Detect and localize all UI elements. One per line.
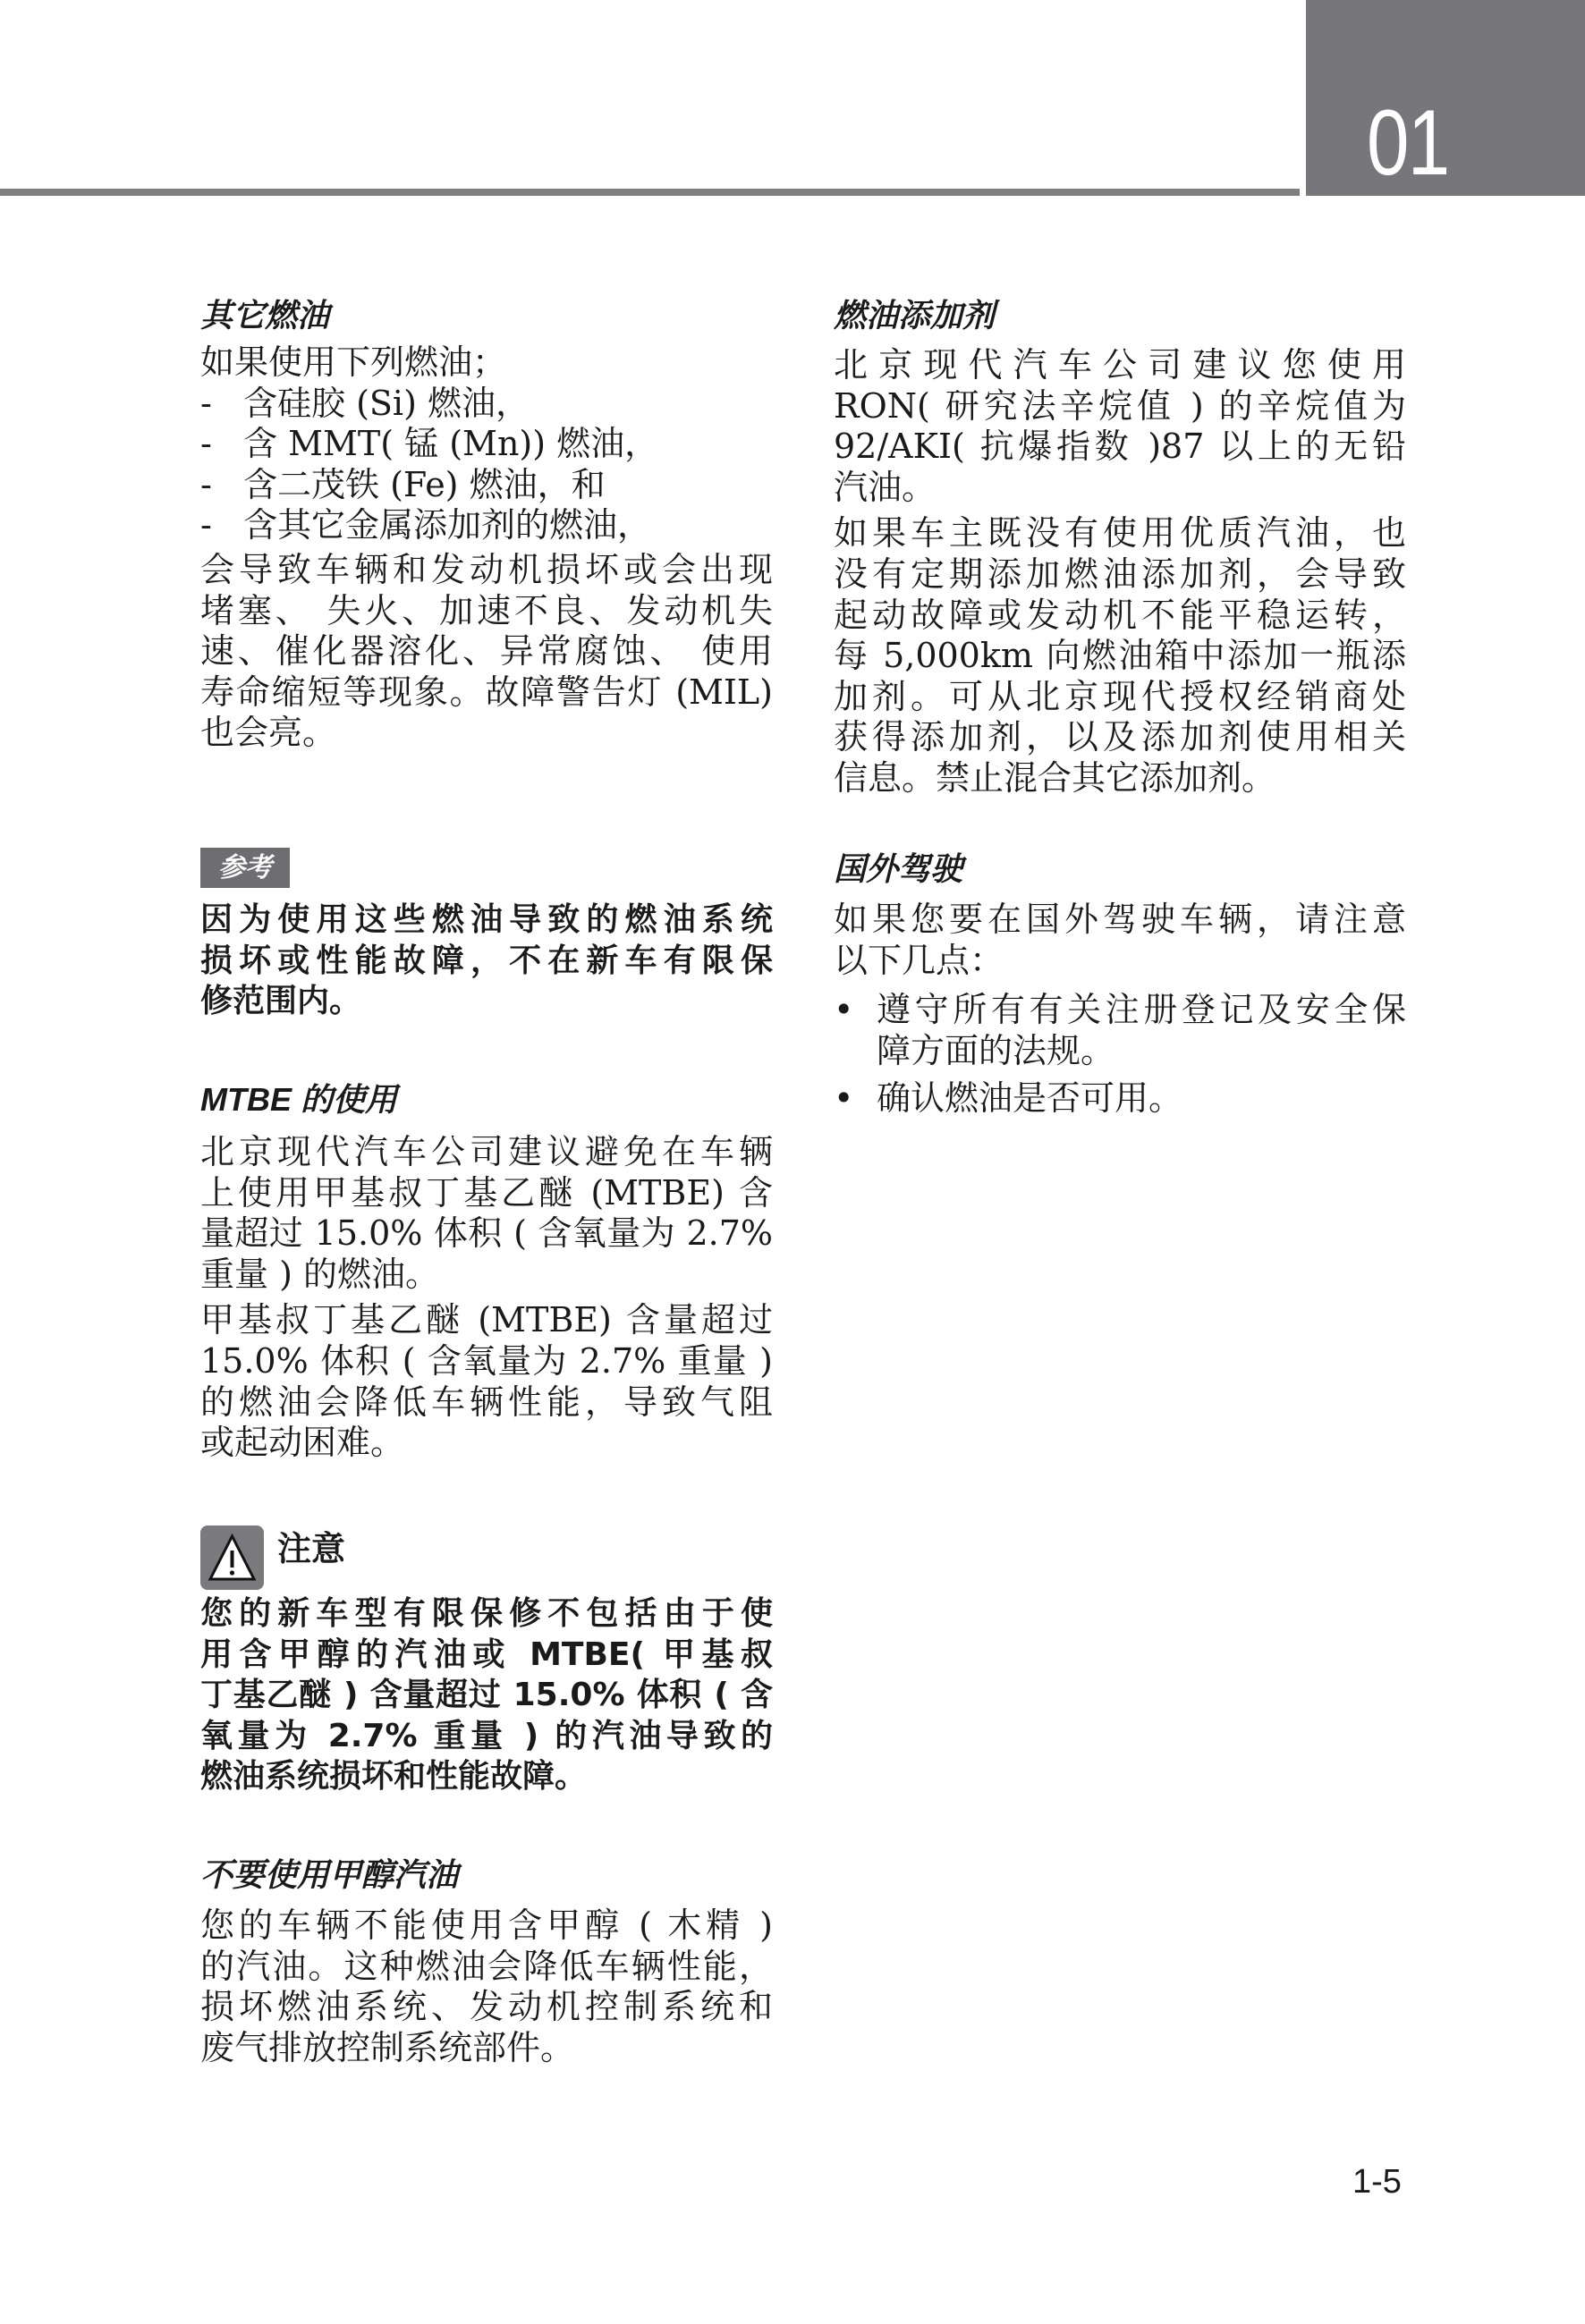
list-item-text: 含二茂铁 (Fe) 燃油，和 <box>243 465 606 506</box>
heading-other-fuel: 其它燃油 <box>200 298 329 334</box>
paragraph-line: 汽油。 <box>834 468 1406 509</box>
list-item-text: 含硅胶 (Si) 燃油， <box>243 384 530 425</box>
paragraph-line: 起动故障或发动机不能平稳运转， <box>834 596 1406 637</box>
heading-no-methanol: 不要使用甲醇汽油 <box>200 1857 458 1893</box>
dash-marker: - <box>200 465 243 506</box>
paragraph-line: 15.0% 体积 ( 含氧量为 2.7% 重量 ) <box>200 1341 773 1382</box>
right-column: 燃油添加剂 北京现代汽车公司建议您使用 RON( 研究法辛烷值 ) 的辛烷值为 … <box>834 0 1406 2324</box>
paragraph-line: 获得添加剂，以及添加剂使用相关 <box>834 717 1406 758</box>
paragraph-line: 会导致车辆和发动机损坏或会出现 <box>200 550 773 591</box>
methanol-body: 您的车辆不能使用含甲醇 ( 木精 ) 的汽油。这种燃油会降低车辆性能， 损坏燃油… <box>200 1906 773 2068</box>
note-line: 修范围内。 <box>200 981 773 1022</box>
list-item-text: 含 MMT( 锰 (Mn)) 燃油， <box>243 424 658 465</box>
paragraph-line: 重量 ) 的燃油。 <box>200 1255 773 1296</box>
paragraph-line: 损坏燃油系统、发动机控制系统和 <box>200 1987 773 2028</box>
bullet-item: • 确认燃油是否可用。 <box>834 1078 1406 1120</box>
bullet-line: 障方面的法规。 <box>877 1031 1406 1072</box>
other-fuel-intro: 如果使用下列燃油； <box>200 342 773 384</box>
paragraph-line: 信息。禁止混合其它添加剂。 <box>834 758 1406 799</box>
bullet-item: • 遵守所有有关注册登记及安全保 障方面的法规。 <box>834 990 1406 1071</box>
paragraph-line: 甲基叔丁基乙醚 (MTBE) 含量超过 <box>200 1300 773 1341</box>
paragraph-line: 如果车主既没有使用优质汽油，也 <box>834 513 1406 554</box>
list-item: -含其它金属添加剂的燃油， <box>200 505 773 546</box>
note-badge: 参考 <box>200 848 290 888</box>
additive-body: 北京现代汽车公司建议您使用 RON( 研究法辛烷值 ) 的辛烷值为 92/AKI… <box>834 345 1406 799</box>
list-item: -含硅胶 (Si) 燃油， <box>200 384 773 425</box>
note-text: 因为使用这些燃油导致的燃油系统 损坏或性能故障，不在新车有限保 修范围内。 <box>200 900 773 1022</box>
caution-title: 注意 <box>277 1529 345 1568</box>
caution-text: 您的新车型有限保修不包括由于使 用含甲醇的汽油或 MTBE( 甲基叔 丁基乙醚 … <box>200 1593 773 1797</box>
paragraph-line: RON( 研究法辛烷值 ) 的辛烷值为 <box>834 386 1406 427</box>
paragraph-line: 速、催化器溶化、异常腐蚀、 使用 <box>200 631 773 672</box>
note-line: 因为使用这些燃油导致的燃油系统 <box>200 900 773 941</box>
abroad-body: 如果您要在国外驾驶车辆，请注意 以下几点： • 遵守所有有关注册登记及安全保 障… <box>834 900 1406 1120</box>
paragraph-line: 寿命缩短等现象。故障警告灯 (MIL) <box>200 672 773 714</box>
left-column: 其它燃油 如果使用下列燃油； -含硅胶 (Si) 燃油， -含 MMT( 锰 (… <box>200 0 773 2324</box>
paragraph-line: 也会亮。 <box>200 713 773 754</box>
other-fuel-body: 如果使用下列燃油； -含硅胶 (Si) 燃油， -含 MMT( 锰 (Mn)) … <box>200 342 773 754</box>
list-item: -含 MMT( 锰 (Mn)) 燃油， <box>200 424 773 465</box>
paragraph-line: 您的车辆不能使用含甲醇 ( 木精 ) <box>200 1906 773 1947</box>
paragraph-line: 92/AKI( 抗爆指数 )87 以上的无铅 <box>834 427 1406 468</box>
dash-marker: - <box>200 384 243 425</box>
paragraph-line: 或起动困难。 <box>200 1423 773 1464</box>
mtbe-body: 北京现代汽车公司建议避免在车辆 上使用甲基叔丁基乙醚 (MTBE) 含 量超过 … <box>200 1132 773 1464</box>
bullet-marker: • <box>834 1078 877 1120</box>
list-item: -含二茂铁 (Fe) 燃油，和 <box>200 465 773 506</box>
list-item-text: 含其它金属添加剂的燃油， <box>243 505 651 546</box>
bullet-line: 确认燃油是否可用。 <box>877 1078 1182 1120</box>
warning-triangle-icon <box>200 1525 264 1590</box>
page-number: 1-5 <box>1352 2162 1402 2201</box>
paragraph-line: 加剂。可从北京现代授权经销商处 <box>834 677 1406 718</box>
paragraph-line: 北京现代汽车公司建议避免在车辆 <box>200 1132 773 1173</box>
paragraph-line: 量超过 15.0% 体积 ( 含氧量为 2.7% <box>200 1213 773 1255</box>
caution-line: 用含甲醇的汽油或 MTBE( 甲基叔 <box>200 1635 773 1676</box>
paragraph-line: 每 5,000km 向燃油箱中添加一瓶添 <box>834 636 1406 677</box>
paragraph-line: 没有定期添加燃油添加剂，会导致 <box>834 554 1406 596</box>
paragraph-line: 废气排放控制系统部件。 <box>200 2028 773 2069</box>
paragraph-line: 以下几点： <box>834 941 1406 982</box>
caution-line: 丁基乙醚 ) 含量超过 15.0% 体积 ( 含 <box>200 1675 773 1716</box>
bullet-text: 遵守所有有关注册登记及安全保 障方面的法规。 <box>877 990 1406 1071</box>
caution-line: 燃油系统损坏和性能故障。 <box>200 1756 773 1797</box>
bullet-line: 遵守所有有关注册登记及安全保 <box>877 990 1406 1031</box>
heading-mtbe: MTBE 的使用 <box>200 1082 397 1118</box>
caution-line: 您的新车型有限保修不包括由于使 <box>200 1593 773 1635</box>
paragraph-line: 堵塞、 失火、加速不良、发动机失 <box>200 591 773 632</box>
note-line: 损坏或性能故障，不在新车有限保 <box>200 941 773 982</box>
heading-fuel-additive: 燃油添加剂 <box>834 298 995 334</box>
caution-line: 氧量为 2.7% 重量 ) 的汽油导致的 <box>200 1716 773 1757</box>
dash-marker: - <box>200 424 243 465</box>
paragraph-line: 上使用甲基叔丁基乙醚 (MTBE) 含 <box>200 1173 773 1214</box>
heading-driving-abroad: 国外驾驶 <box>834 851 962 887</box>
paragraph-line: 如果您要在国外驾驶车辆，请注意 <box>834 900 1406 941</box>
paragraph-line: 北京现代汽车公司建议您使用 <box>834 345 1406 386</box>
paragraph-line: 的燃油会降低车辆性能，导致气阻 <box>200 1382 773 1424</box>
bullet-text: 确认燃油是否可用。 <box>877 1078 1182 1120</box>
bullet-marker: • <box>834 990 877 1071</box>
dash-marker: - <box>200 505 243 546</box>
paragraph-line: 的汽油。这种燃油会降低车辆性能， <box>200 1947 773 1988</box>
